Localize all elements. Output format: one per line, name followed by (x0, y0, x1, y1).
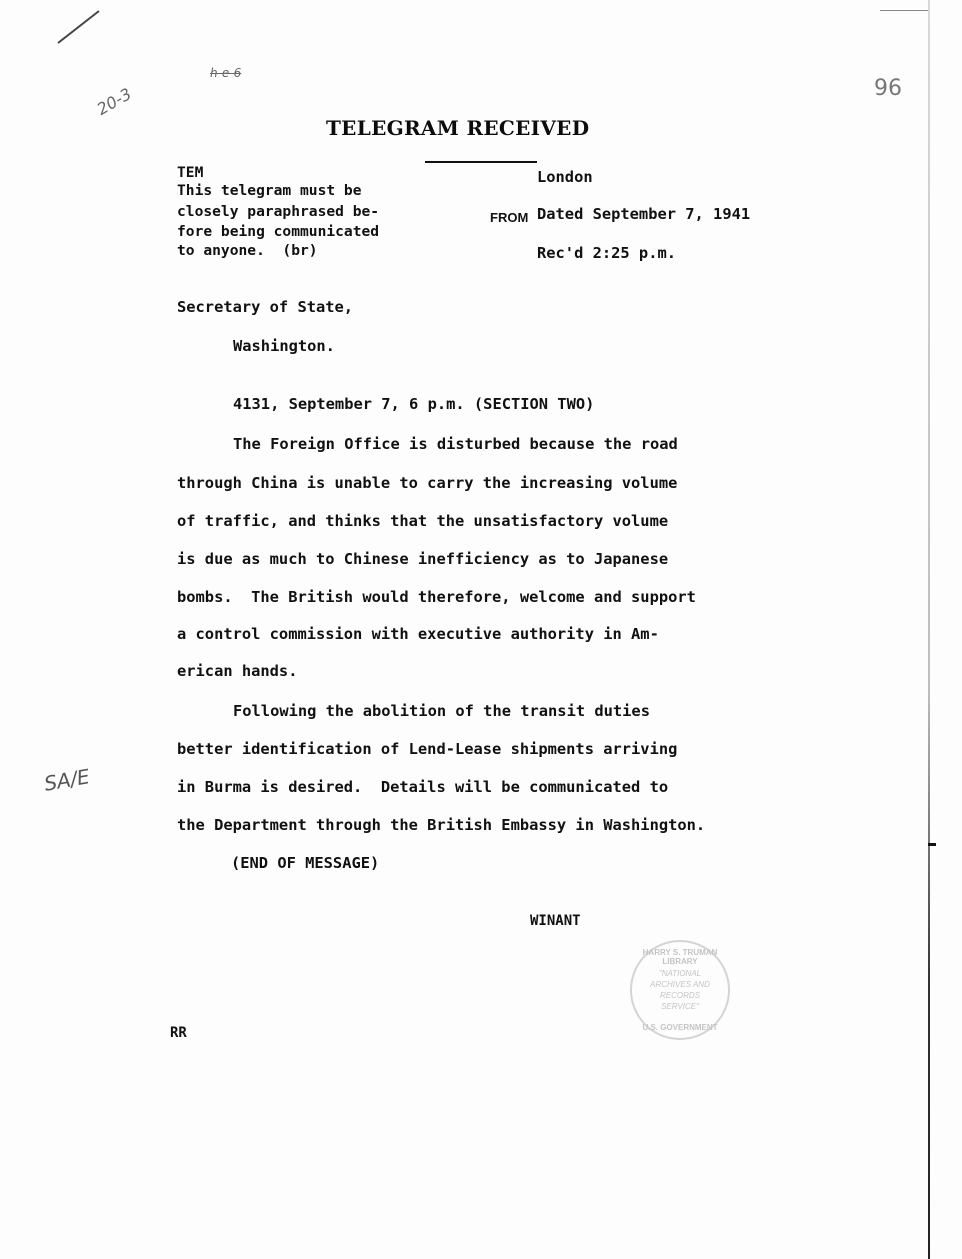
body-line: Following the abolition of the transit d… (233, 704, 650, 719)
body-line: the Department through the British Embas… (177, 818, 705, 833)
from-label: FROM (490, 210, 528, 225)
edge-mark (928, 843, 936, 846)
stamp-top-text: HARRY S. TRUMAN LIBRARY (632, 948, 728, 966)
page-title: TELEGRAM RECEIVED (326, 116, 589, 140)
body-line: through China is unable to carry the inc… (177, 476, 677, 491)
pen-mark (57, 10, 99, 44)
body-line: in Burma is desired. Details will be com… (177, 780, 668, 795)
handwritten-scribble: h-e-6 (210, 66, 241, 80)
notice-line: This telegram must be (177, 184, 362, 199)
addressee-line1: Secretary of State, (177, 300, 353, 315)
end-of-message: (END OF MESSAGE) (231, 856, 379, 871)
received: Rec'd 2:25 p.m. (537, 246, 676, 261)
page-number: 96 (874, 76, 902, 101)
body-line: better identification of Lend-Lease ship… (177, 742, 677, 757)
origin: London (537, 170, 593, 185)
addressee-line2: Washington. (233, 339, 335, 354)
handwritten-ref: 20-3 (94, 84, 135, 119)
title-rule (425, 161, 537, 163)
stamp-center: "NATIONAL ARCHIVES AND RECORDS SERVICE" (642, 968, 718, 1012)
body-line: a control commission with executive auth… (177, 627, 659, 642)
body-line: bombs. The British would therefore, welc… (177, 590, 696, 605)
body-line: is due as much to Chinese inefficiency a… (177, 552, 668, 567)
signature: WINANT (530, 914, 581, 928)
notice-line: to anyone. (br) (177, 244, 318, 259)
page-edge (928, 0, 930, 1259)
margin-note: SA/E (42, 764, 91, 796)
page-edge-top (880, 10, 930, 11)
archive-stamp: HARRY S. TRUMAN LIBRARY "NATIONAL ARCHIV… (630, 940, 730, 1040)
body-line: The Foreign Office is disturbed because … (233, 437, 678, 452)
message-reference: 4131, September 7, 6 p.m. (SECTION TWO) (233, 397, 594, 412)
code: TEM (177, 166, 203, 181)
body-line: erican hands. (177, 664, 297, 679)
footer-initials: RR (170, 1026, 187, 1040)
notice-line: fore being communicated (177, 225, 379, 240)
stamp-bottom-text: U.S. GOVERNMENT (632, 1023, 728, 1032)
notice-line: closely paraphrased be- (177, 205, 379, 220)
body-line: of traffic, and thinks that the unsatisf… (177, 514, 668, 529)
dated: Dated September 7, 1941 (537, 207, 750, 222)
